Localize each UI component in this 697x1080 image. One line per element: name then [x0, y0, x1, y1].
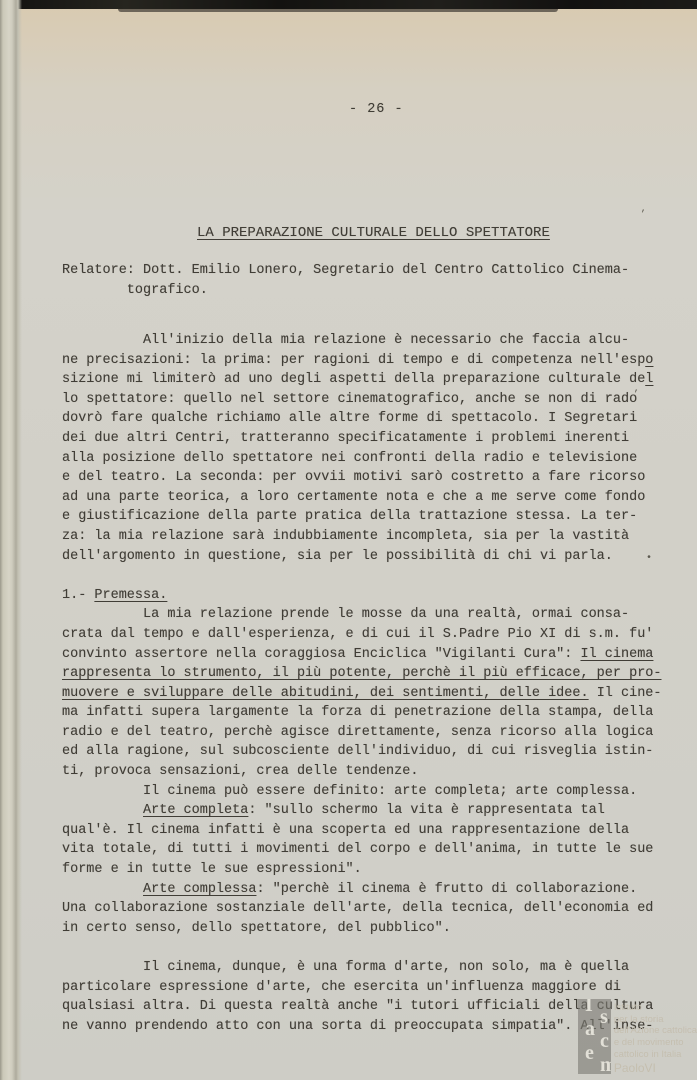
paragraph-block: 1.- Premessa.: [62, 586, 677, 606]
text-line: Una collaborazione sostanziale dell'arte…: [62, 899, 677, 919]
isacem-caption-line: e del movimento: [614, 1037, 697, 1049]
paragraph-block: La mia relazione prende le mosse da una …: [62, 605, 677, 938]
isacem-logo: Isacem: [578, 999, 611, 1074]
page-title: LA PREPARAZIONE CULTURALE DELLO SPETTATO…: [197, 225, 550, 241]
ink-speck: ’: [640, 210, 646, 221]
page-number: - 26 -: [349, 102, 404, 117]
text-line: ma infatti supera largamente la forza di…: [62, 703, 677, 723]
text-line: tografico.: [62, 281, 629, 301]
text-line: ed alla ragione, sul subcosciente dell'i…: [62, 742, 677, 762]
text-line: rappresenta lo strumento, il più potente…: [62, 664, 677, 684]
text-line: dell'argomento in questione, sia per le …: [62, 547, 677, 567]
text-line: e giustificazione della parte pratica de…: [62, 507, 677, 527]
text-line: All'inizio della mia relazione è necessa…: [62, 331, 677, 351]
isacem-logo-letter: m: [600, 1060, 611, 1072]
text-line: crata dal tempo e dall'esperienza, e di …: [62, 625, 677, 645]
text-line: 1.- Premessa.: [62, 586, 677, 606]
isacem-logo-letter: s: [600, 1012, 611, 1024]
isacem-caption: Istitutoper la storiadell'Azione cattoli…: [611, 999, 697, 1074]
text-line: radio e del teatro, perchè agisce dirett…: [62, 723, 677, 743]
text-line: alla posizione dello spettatore nei conf…: [62, 449, 677, 469]
text-line: forme e in tutte le sue espressioni".: [62, 860, 677, 880]
text-line: za: la mia relazione sarà indubbiamente …: [62, 527, 677, 547]
isacem-caption-line: PaoloVI: [614, 1061, 697, 1075]
ink-speck: •: [646, 553, 652, 564]
text-line: dei due altri Centri, tratteranno specif…: [62, 429, 677, 449]
text-line: particolare espressione d'arte, che eser…: [62, 978, 677, 998]
text-line: Arte complessa: "perchè il cinema è frut…: [62, 880, 677, 900]
text-line: vita totale, di tutti i movimenti del co…: [62, 840, 677, 860]
text-line: e del teatro. La seconda: per ovvii moti…: [62, 468, 677, 488]
isacem-caption-line: per la storia: [614, 1014, 697, 1026]
text-line: Arte completa: "sullo schermo la vita è …: [62, 801, 677, 821]
text-line: Il cinema, dunque, è una forma d'arte, n…: [62, 958, 677, 978]
scan-top-border: [0, 0, 697, 9]
text-line: sizione mi limiterò ad uno degli aspetti…: [62, 370, 677, 390]
text-line: dovrò fare qualche richiamo alle altre f…: [62, 409, 677, 429]
text-line: qual'è. Il cinema infatti è una scoperta…: [62, 821, 677, 841]
text-line: Il cinema può essere definito: arte comp…: [62, 782, 677, 802]
isacem-caption-line: Istituto: [614, 1002, 697, 1014]
paragraph-block: All'inizio della mia relazione è necessa…: [62, 331, 677, 566]
speaker-block: Relatore: Dott. Emilio Lonero, Segretari…: [62, 261, 629, 300]
isacem-caption-line: cattolico in Italia: [614, 1049, 697, 1061]
page-left-edge-shadow: [0, 0, 22, 1080]
text-line: Relatore: Dott. Emilio Lonero, Segretari…: [62, 261, 629, 281]
document-body: All'inizio della mia relazione è necessa…: [62, 331, 677, 1036]
isacem-watermark: Isacem Istitutoper la storiadell'Azione …: [578, 999, 697, 1074]
ink-speck: ’: [633, 390, 639, 401]
isacem-logo-letter: c: [600, 1036, 611, 1048]
page-title-text: LA PREPARAZIONE CULTURALE DELLO SPETTATO…: [197, 225, 550, 241]
text-line: ne precisazioni: la prima: per ragioni d…: [62, 351, 677, 371]
text-line: convinto assertore nella coraggiosa Enci…: [62, 645, 677, 665]
scanned-page: - 26 - LA PREPARAZIONE CULTURALE DELLO S…: [0, 0, 697, 1080]
text-line: La mia relazione prende le mosse da una …: [62, 605, 677, 625]
text-line: ad una parte teorica, a loro certamente …: [62, 488, 677, 508]
text-line: in certo senso, dello spettatore, del pu…: [62, 919, 677, 939]
text-line: lo spettatore: quello nel settore cinema…: [62, 390, 677, 410]
isacem-caption-line: dell'Azione cattolica: [614, 1025, 697, 1037]
text-line: muovere e sviluppare delle abitudini, de…: [62, 684, 677, 704]
text-line: ti, provoca sensazioni, crea delle tende…: [62, 762, 677, 782]
